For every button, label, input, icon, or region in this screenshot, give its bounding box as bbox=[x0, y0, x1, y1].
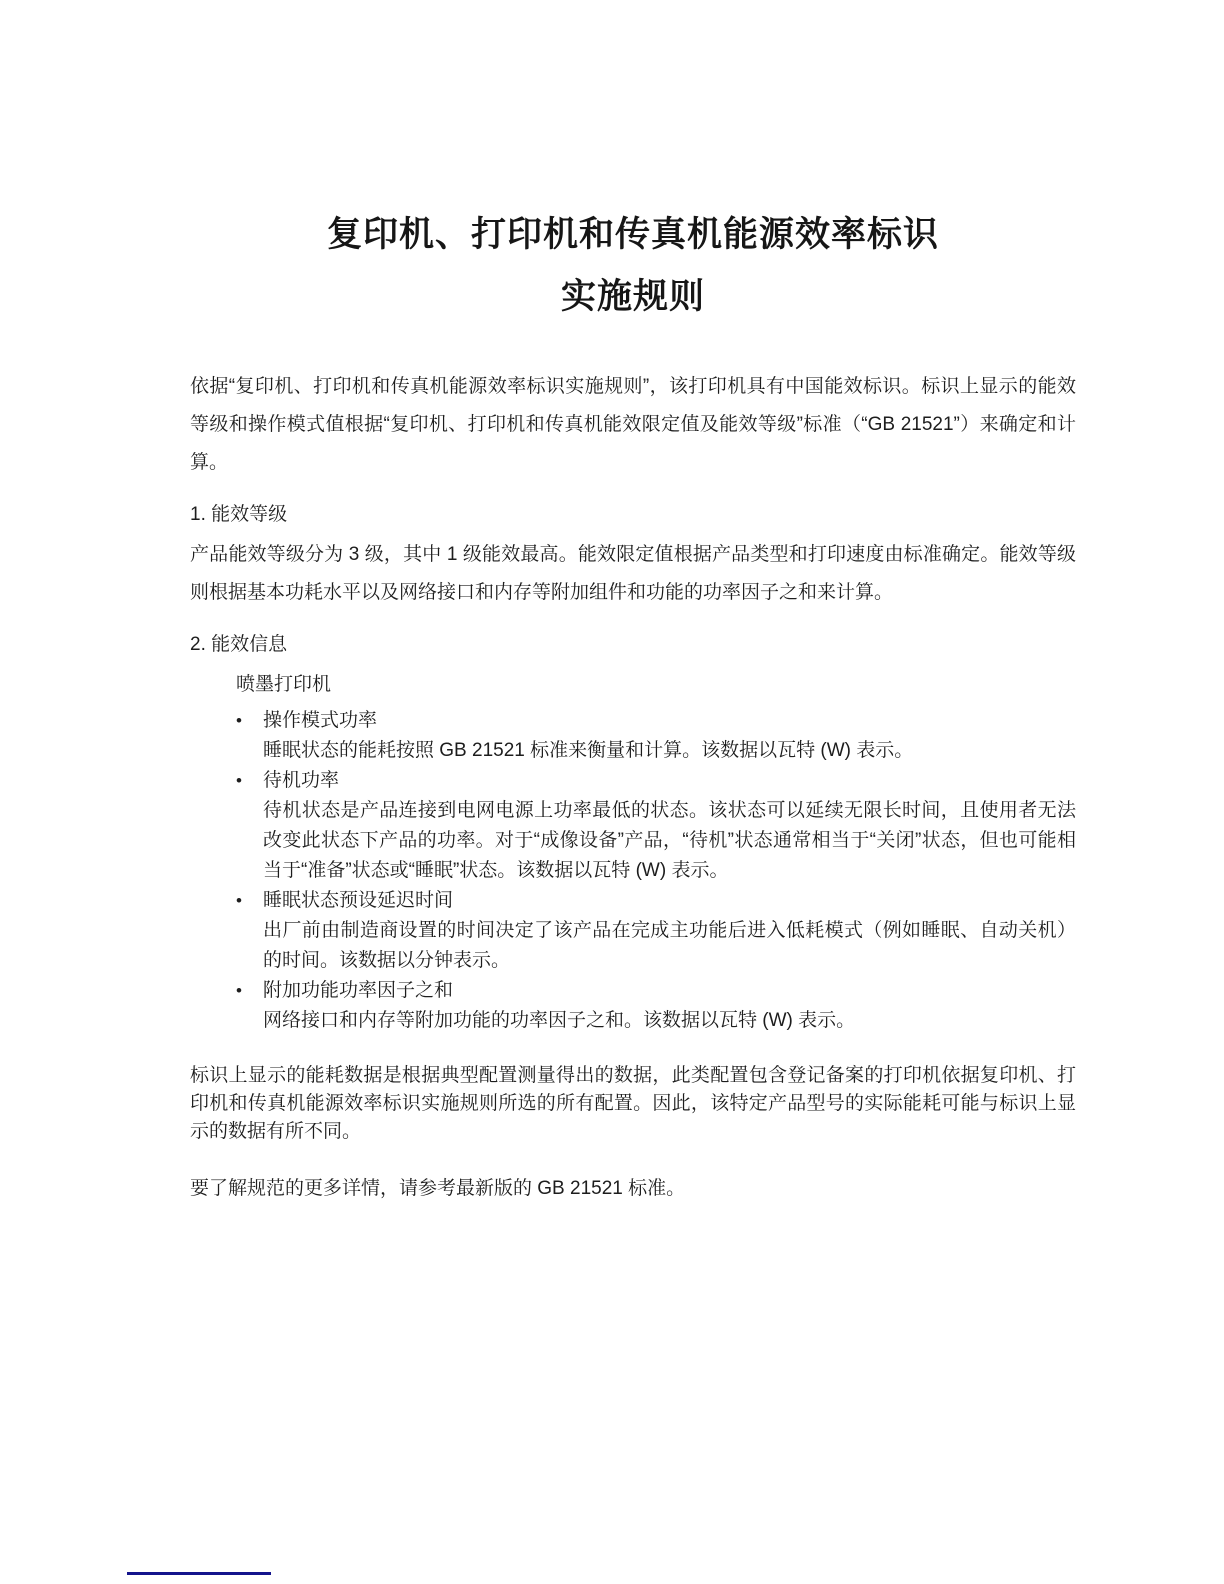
title-line-2: 实施规则 bbox=[190, 266, 1076, 328]
bullet-description: 网络接口和内存等附加功能的功率因子之和。该数据以瓦特 (W) 表示。 bbox=[263, 1006, 1076, 1036]
list-item-content: 待机功率 待机状态是产品连接到电网电源上功率最低的状态。该状态可以延续无限长时间… bbox=[263, 766, 1076, 886]
bullet-description: 待机状态是产品连接到电网电源上功率最低的状态。该状态可以延续无限长时间，且使用者… bbox=[263, 796, 1076, 886]
list-item-sleep-delay-time: • 睡眠状态预设延迟时间 出厂前由制造商设置的时间决定了该产品在完成主功能后进入… bbox=[236, 886, 1076, 976]
document-page: 复印机、打印机和传真机能源效率标识 实施规则 依据“复印机、打印机和传真机能源效… bbox=[190, 204, 1076, 1208]
bullet-term: 睡眠状态预设延迟时间 bbox=[263, 886, 1076, 916]
bullet-term: 附加功能功率因子之和 bbox=[263, 976, 1076, 1006]
bullet-icon: • bbox=[236, 976, 263, 1006]
title-line-1: 复印机、打印机和传真机能源效率标识 bbox=[190, 204, 1076, 266]
efficiency-info-list: • 操作模式功率 睡眠状态的能耗按照 GB 21521 标准来衡量和计算。该数据… bbox=[190, 706, 1076, 1036]
list-item-content: 附加功能功率因子之和 网络接口和内存等附加功能的功率因子之和。该数据以瓦特 (W… bbox=[263, 976, 1076, 1036]
list-item-content: 睡眠状态预设延迟时间 出厂前由制造商设置的时间决定了该产品在完成主功能后进入低耗… bbox=[263, 886, 1076, 976]
bullet-term: 操作模式功率 bbox=[263, 706, 1076, 736]
bullet-icon: • bbox=[236, 706, 263, 736]
product-type-label: 喷墨打印机 bbox=[236, 670, 1076, 700]
bullet-description: 出厂前由制造商设置的时间决定了该产品在完成主功能后进入低耗模式（例如睡眠、自动关… bbox=[263, 916, 1076, 976]
intro-paragraph: 依据“复印机、打印机和传真机能源效率标识实施规则”，该打印机具有中国能效标识。标… bbox=[190, 368, 1076, 482]
bullet-icon: • bbox=[236, 766, 263, 796]
reference-note: 要了解规范的更多详情，请参考最新版的 GB 21521 标准。 bbox=[190, 1170, 1076, 1208]
bullet-icon: • bbox=[236, 886, 263, 916]
closing-paragraph: 标识上显示的能耗数据是根据典型配置测量得出的数据，此类配置包含登记备案的打印机依… bbox=[190, 1062, 1076, 1146]
footer-link-underline[interactable] bbox=[127, 1572, 271, 1575]
list-item-additional-power-factors: • 附加功能功率因子之和 网络接口和内存等附加功能的功率因子之和。该数据以瓦特 … bbox=[236, 976, 1076, 1036]
section-2-heading: 2. 能效信息 bbox=[190, 626, 1076, 664]
bullet-description: 睡眠状态的能耗按照 GB 21521 标准来衡量和计算。该数据以瓦特 (W) 表… bbox=[263, 736, 1076, 766]
section-1-heading: 1. 能效等级 bbox=[190, 496, 1076, 534]
bullet-term: 待机功率 bbox=[263, 766, 1076, 796]
section-1-body: 产品能效等级分为 3 级，其中 1 级能效最高。能效限定值根据产品类型和打印速度… bbox=[190, 536, 1076, 612]
document-title: 复印机、打印机和传真机能源效率标识 实施规则 bbox=[190, 204, 1076, 328]
list-item-content: 操作模式功率 睡眠状态的能耗按照 GB 21521 标准来衡量和计算。该数据以瓦… bbox=[263, 706, 1076, 766]
list-item-standby-power: • 待机功率 待机状态是产品连接到电网电源上功率最低的状态。该状态可以延续无限长… bbox=[236, 766, 1076, 886]
list-item-operating-mode-power: • 操作模式功率 睡眠状态的能耗按照 GB 21521 标准来衡量和计算。该数据… bbox=[236, 706, 1076, 766]
document-canvas: { "doc": { "title_lines": [ "复印机、打印机和传真机… bbox=[0, 0, 1224, 1584]
